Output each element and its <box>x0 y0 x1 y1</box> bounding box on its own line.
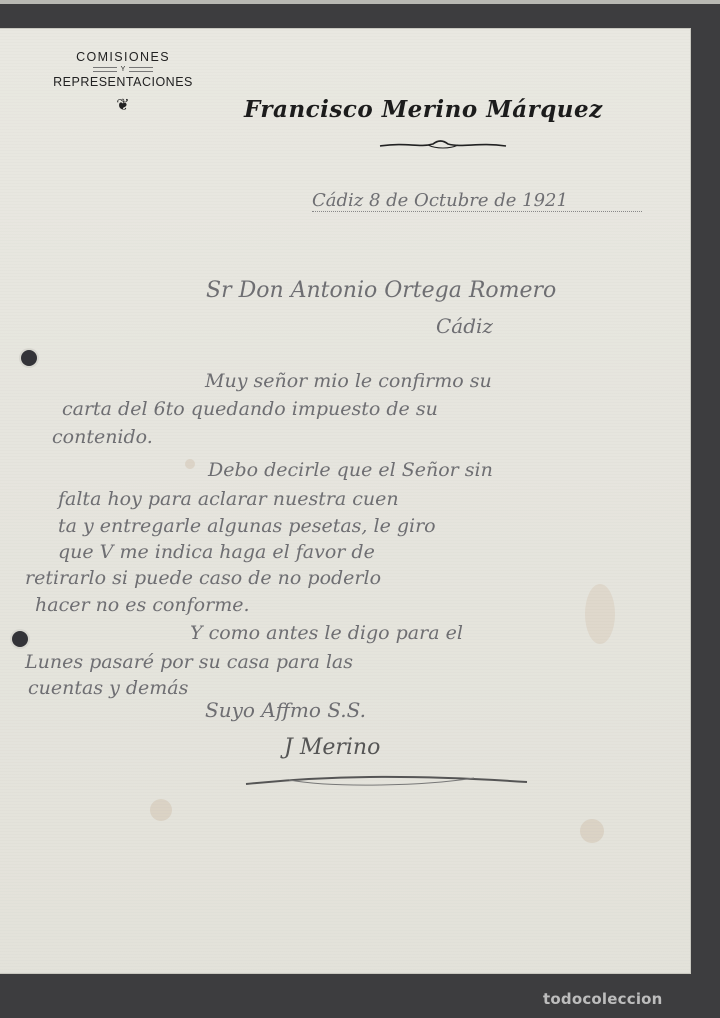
addressee-name: Sr Don Antonio Ortega Romero <box>206 278 556 303</box>
decorative-rule <box>129 67 153 72</box>
body-line: Debo decirle que el Señor sin <box>208 459 493 481</box>
punch-hole <box>12 631 28 647</box>
closing-salutation: Suyo Affmo S.S. <box>205 698 366 722</box>
body-line: que V me indica haga el favor de <box>58 541 375 563</box>
signature-flourish-icon <box>244 770 529 790</box>
letterhead-business-type: COMISIONES Y REPRESENTACIONES ❦ <box>38 50 208 115</box>
body-line: contenido. <box>52 426 153 448</box>
watermark: todocoleccion <box>543 990 663 1008</box>
body-line: cuentas y demás <box>28 677 188 699</box>
swash-ornament-icon <box>378 138 508 152</box>
addressee-city: Cádiz <box>436 314 493 338</box>
letterhead-conjunction: Y <box>121 66 126 73</box>
body-line: ta y entregarle algunas pesetas, le giro <box>58 515 436 537</box>
signature: J Merino <box>284 735 380 760</box>
body-line: hacer no es conforme. <box>35 594 250 616</box>
body-line: Muy señor mio le confirmo su <box>205 370 492 392</box>
letterhead-representaciones: REPRESENTACIONES <box>38 75 208 89</box>
letter-date: Cádiz 8 de Octubre de 1921 <box>312 190 568 211</box>
fleuron-icon: ❦ <box>38 95 208 115</box>
punch-hole <box>21 350 37 366</box>
top-border-strip <box>0 0 720 4</box>
date-dotted-line <box>312 211 642 212</box>
paper-stain <box>585 584 615 644</box>
letterhead-conjunction-row: Y <box>38 66 208 73</box>
paper-stain <box>580 819 604 843</box>
paper-stain <box>185 459 195 469</box>
body-line: Y como antes le digo para el <box>190 622 463 644</box>
paper-stain <box>150 799 172 821</box>
body-line: carta del 6to quedando impuesto de su <box>62 398 438 420</box>
body-line: retirarlo si puede caso de no poderlo <box>25 567 381 589</box>
letterhead-merchant-name: Francisco Merino Márquez <box>244 96 603 123</box>
decorative-rule <box>93 67 117 72</box>
body-line: falta hoy para aclarar nuestra cuen <box>58 488 399 510</box>
body-line: Lunes pasaré por su casa para las <box>25 651 353 673</box>
letterhead-comisiones: COMISIONES <box>38 50 208 64</box>
